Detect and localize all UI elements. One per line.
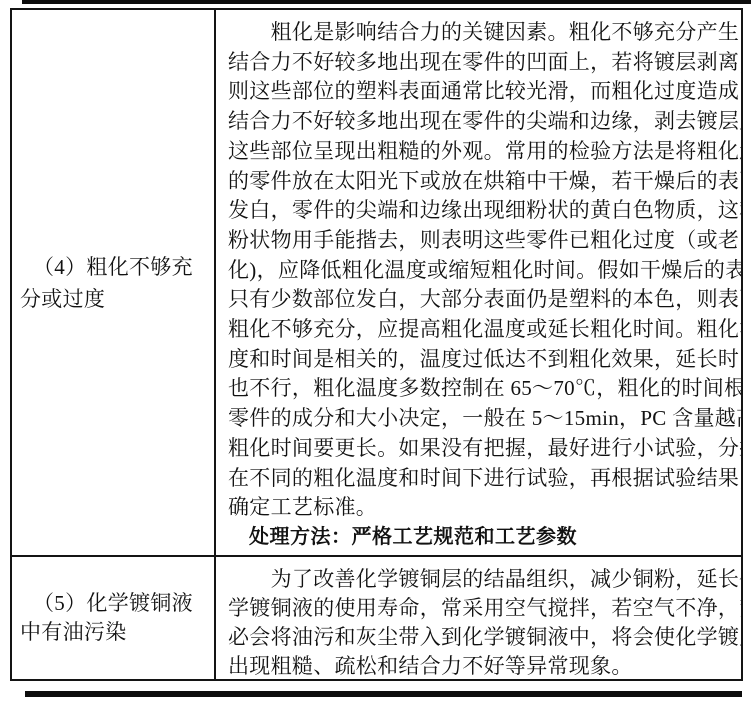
- text-line: 只有少数部位发白，大部分表面仍是塑料的本色，则表面: [228, 285, 737, 315]
- text-line: 的零件放在太阳光下或放在烘箱中干燥，若干燥后的表面: [228, 167, 737, 197]
- text-line: 粗化时间要更长。如果没有把握，最好进行小试验，分批: [228, 434, 737, 464]
- text-line: 发白，零件的尖端和边缘出现细粉状的黄白色物质，这种: [228, 196, 737, 226]
- treatment-method-text: 严格工艺规范和工艺参数: [352, 526, 578, 548]
- text-line: 分或过度: [20, 283, 208, 315]
- treatment-method-label: 处理方法：: [249, 526, 352, 548]
- text-line: 粗化不够充分，应提高粗化温度或延长粗化时间。粗化温: [228, 315, 737, 345]
- text-line: 在不同的粗化温度和时间下进行试验，再根据试验结果，: [228, 464, 737, 494]
- text-line: 粉状物用手能揩去，则表明这些零件已粗化过度（或老: [228, 226, 737, 256]
- text-line: 则这些部位的塑料表面通常比较光滑，而粗化过度造成的: [228, 77, 737, 107]
- text-line: 零件的成分和大小决定，一般在 5～15min，PC 含量越高，: [228, 404, 737, 434]
- defect-name-cell-4: （4）粗化不够充分或过度: [12, 10, 214, 555]
- defect-description-cell-4: 粗化是影响结合力的关键因素。粗化不够充分产生的结合力不好较多地出现在零件的凹面上…: [214, 10, 741, 555]
- text-line: 出现粗糙、疏松和结合力不好等异常现象。: [228, 652, 737, 679]
- defect-troubleshooting-table: （4）粗化不够充分或过度 粗化是影响结合力的关键因素。粗化不够充分产生的结合力不…: [10, 8, 743, 681]
- text-line: 为了改善化学镀铜层的结晶组织，减少铜粉，延长化: [228, 565, 737, 594]
- text-line: 必会将油污和灰尘带入到化学镀铜液中，将会使化学镀层: [228, 623, 737, 652]
- text-line: 结合力不好较多地出现在零件的尖端和边缘，剥去镀层后: [228, 107, 737, 137]
- treatment-method-line: 处理方法：严格工艺规范和工艺参数: [228, 523, 737, 553]
- text-line: 学镀铜液的使用寿命，常采用空气搅拌，若空气不净，势: [228, 594, 737, 623]
- defect-description-cell-5: 为了改善化学镀铜层的结晶组织，减少铜粉，延长化学镀铜液的使用寿命，常采用空气搅拌…: [214, 555, 741, 679]
- text-line: 这些部位呈现出粗糙的外观。常用的检验方法是将粗化过: [228, 137, 737, 167]
- defect-description-text-4: 粗化是影响结合力的关键因素。粗化不够充分产生的结合力不好较多地出现在零件的凹面上…: [228, 18, 737, 523]
- defect-description-text-5: 为了改善化学镀铜层的结晶组织，减少铜粉，延长化学镀铜液的使用寿命，常采用空气搅拌…: [228, 565, 737, 679]
- text-line: 化)，应降低粗化温度或缩短粗化时间。假如干燥后的表面: [228, 256, 737, 286]
- text-line: 中有油污染: [20, 618, 208, 647]
- text-line: 也不行，粗化温度多数控制在 65～70℃，粗化的时间根据: [228, 374, 737, 404]
- text-line: （4）粗化不够充: [20, 251, 208, 283]
- text-line: 确定工艺标准。: [228, 493, 737, 523]
- defect-name-cell-5: （5）化学镀铜液中有油污染: [12, 555, 214, 679]
- text-line: 度和时间是相关的，温度过低达不到粗化效果，延长时间: [228, 345, 737, 375]
- scanned-document-page: （4）粗化不够充分或过度 粗化是影响结合力的关键因素。粗化不够充分产生的结合力不…: [0, 0, 754, 703]
- text-line: 结合力不好较多地出现在零件的凹面上，若将镀层剥离，: [228, 48, 737, 78]
- text-line: 粗化是影响结合力的关键因素。粗化不够充分产生的: [228, 18, 737, 48]
- top-rule: [22, 0, 751, 4]
- bottom-rule: [25, 691, 742, 697]
- text-line: （5）化学镀铜液: [20, 589, 208, 618]
